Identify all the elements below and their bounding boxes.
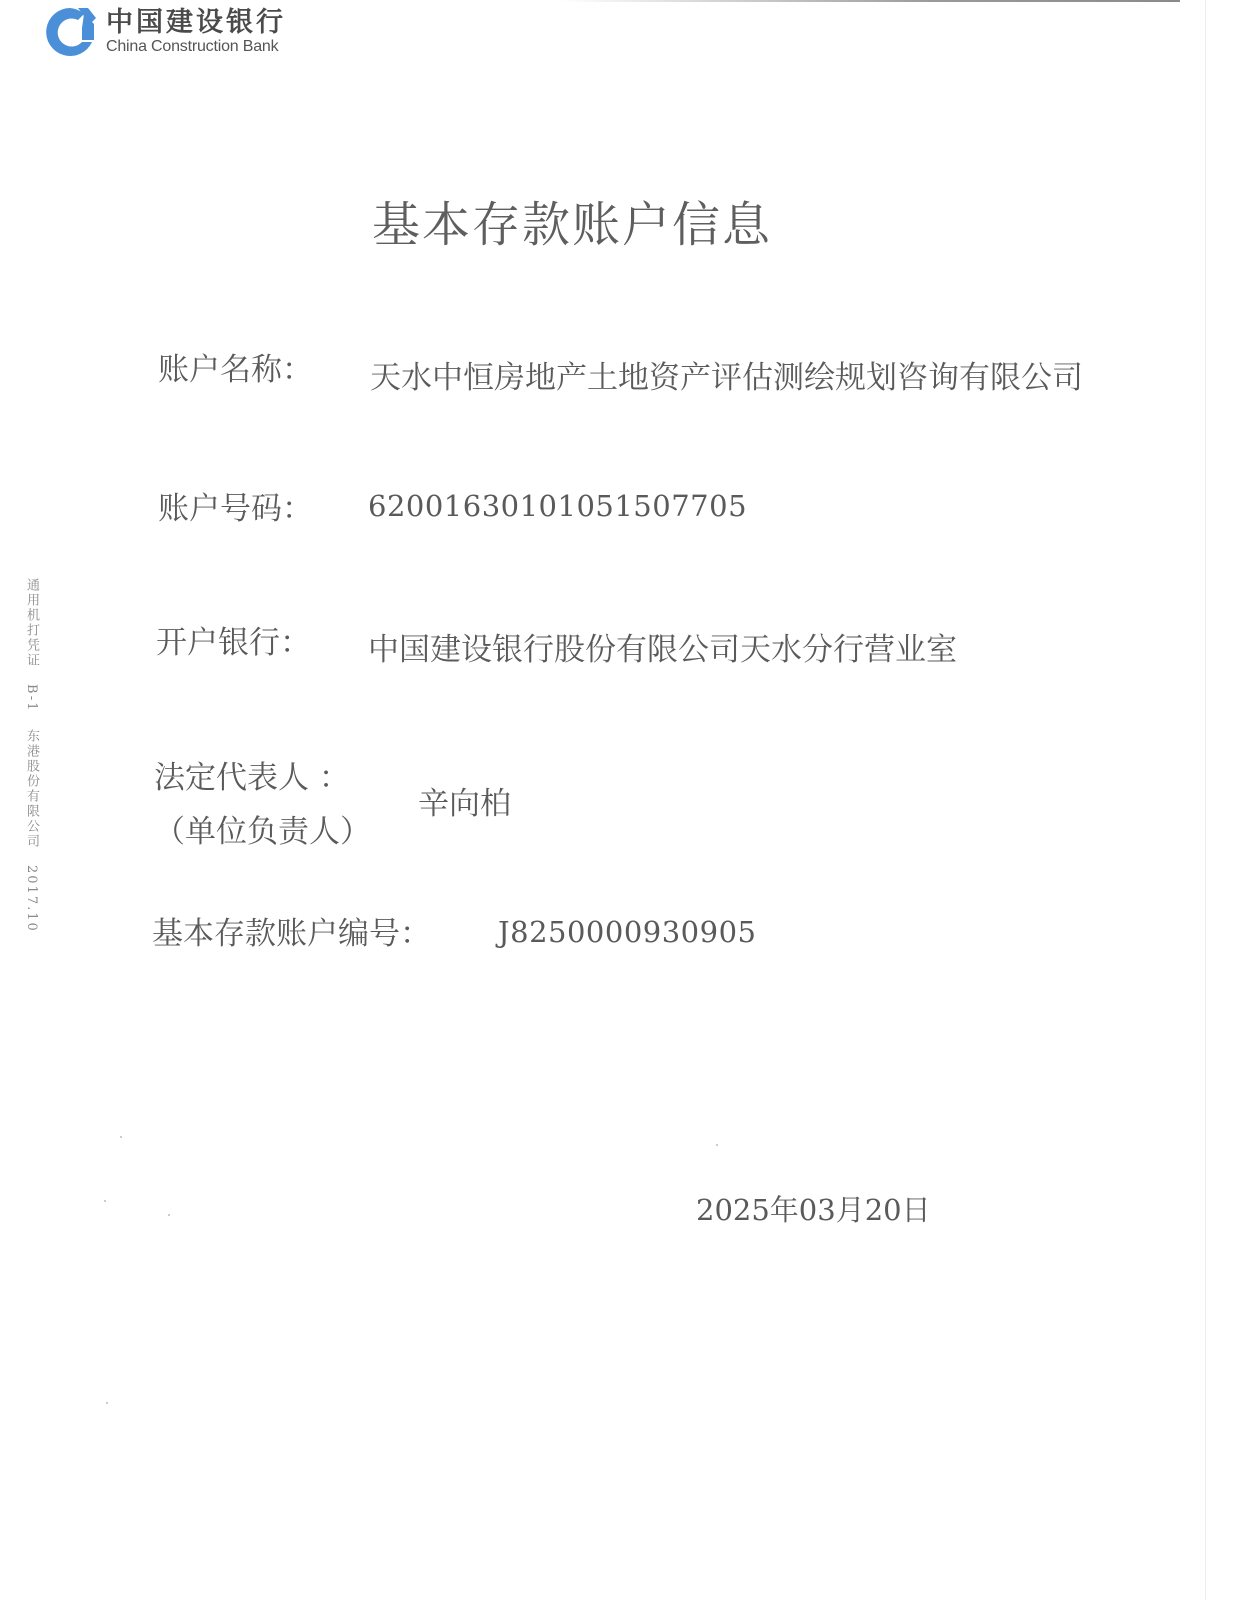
account-number-value: 62001630101051507705 [368,489,747,523]
document-title: 基本存款账户信息 [372,186,772,255]
issue-date: 2025年03月20日 [696,1188,931,1229]
side-margin-text: 通用机打凭证 B-1 东港股份有限公司 2017.10 [22,578,41,943]
account-name-value: 天水中恒房地产土地资产评估测绘规划咨询有限公司 [370,352,1083,397]
scan-speck [120,1136,122,1138]
bank-name-cn: 中国建设银行 [106,8,286,38]
legal-rep-value: 辛向柏 [418,778,511,823]
scan-speck [716,1144,718,1146]
opening-bank-value: 中国建设银行股份有限公司天水分行营业室 [368,624,957,669]
basic-account-id-label: 基本存款账户编号： [152,908,431,953]
scan-speck [106,1402,108,1404]
form-code: B-1 [24,684,39,712]
form-type: 通用机打凭证 [24,578,39,668]
bank-name-en: China Construction Bank [106,38,286,56]
page-edge-top [560,0,1180,2]
legal-rep-label: 法定代表人 ： [154,752,350,797]
page-edge-right [1205,0,1206,1600]
printer-name: 东港股份有限公司 [24,729,39,849]
opening-bank-label: 开户银行： [156,617,311,662]
bank-logo: 中国建设银行 China Construction Bank [44,6,286,58]
account-name-label: 账户名称： [158,344,313,389]
ccb-logo-icon [44,6,96,58]
legal-rep-label-line2: （单位负责人） [154,806,371,851]
account-number-label: 账户号码： [158,483,313,528]
basic-account-id-value: J8250000930905 [498,915,756,949]
scan-speck [104,1200,106,1202]
scan-speck [168,1214,170,1216]
print-date: 2017.10 [24,865,39,933]
